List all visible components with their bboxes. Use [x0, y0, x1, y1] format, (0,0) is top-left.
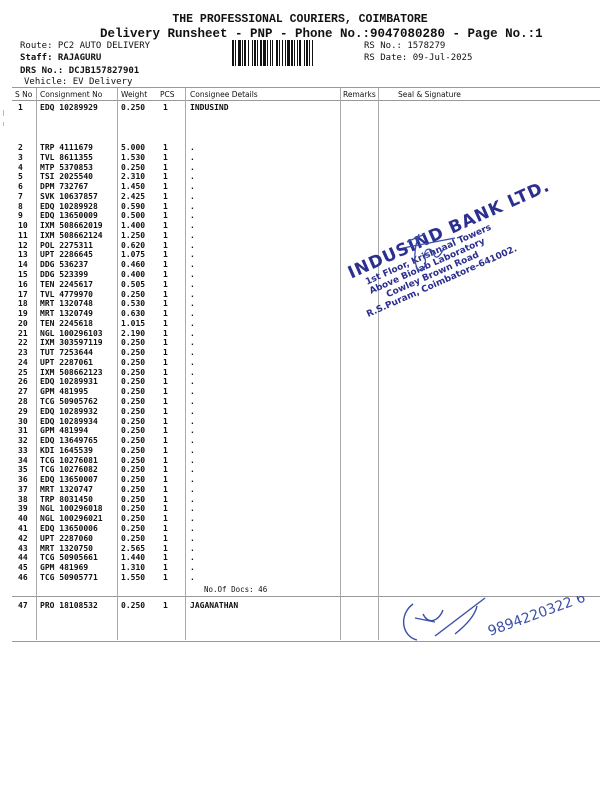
cell-pcs: 1 [163, 338, 168, 347]
cell-pcs: 1 [163, 407, 168, 416]
cell-pcs: 1 [163, 231, 168, 240]
cell-det: INDUSIND [190, 103, 229, 112]
cell-wt: 1.440 [121, 553, 145, 562]
cell-det: . [190, 544, 195, 553]
cell-cons: NGL 100296021 [40, 514, 103, 523]
cell-pcs: 1 [163, 387, 168, 396]
cell-sno: 46 [18, 573, 28, 582]
cell-pcs: 1 [163, 290, 168, 299]
cell-cons: MRT 1320749 [40, 309, 93, 318]
cell-cons: MRT 1320747 [40, 485, 93, 494]
cell-sno: 13 [18, 250, 28, 259]
cell-pcs: 1 [163, 465, 168, 474]
cell-pcs: 1 [163, 309, 168, 318]
cell-wt: 1.550 [121, 573, 145, 582]
cell-wt: 0.250 [121, 456, 145, 465]
cell-pcs: 1 [163, 475, 168, 484]
col-header-sno: S No [15, 90, 32, 99]
cell-det: . [190, 299, 195, 308]
cell-pcs: 1 [163, 192, 168, 201]
cell-wt: 0.250 [121, 348, 145, 357]
cell-pcs: 1 [163, 182, 168, 191]
cell-det: . [190, 407, 195, 416]
cell-wt: 0.250 [121, 290, 145, 299]
cell-wt: 2.310 [121, 172, 145, 181]
cell-cons: TEN 2245618 [40, 319, 93, 328]
cell-pcs: 1 [163, 534, 168, 543]
cell-pcs: 1 [163, 553, 168, 562]
cell-sno: 11 [18, 231, 28, 240]
cell-cons: IXM 508662124 [40, 231, 103, 240]
cell-wt: 0.530 [121, 299, 145, 308]
cell-sno: 45 [18, 563, 28, 572]
cell-det: . [190, 250, 195, 259]
cell-wt: 0.250 [121, 358, 145, 367]
cell-pcs: 1 [163, 436, 168, 445]
cell-pcs: 1 [163, 103, 168, 112]
cell-det: . [190, 153, 195, 162]
cell-wt: 2.190 [121, 329, 145, 338]
cell-pcs: 1 [163, 544, 168, 553]
cell-det: . [190, 348, 195, 357]
cell-pcs: 1 [163, 495, 168, 504]
cell-cons: EDQ 10289928 [40, 202, 98, 211]
cell-pcs: 1 [163, 241, 168, 250]
cell-det: . [190, 329, 195, 338]
cell-sno: 14 [18, 260, 28, 269]
cell-pcs: 1 [163, 211, 168, 220]
cell-sno: 3 [18, 153, 23, 162]
route-label: Route: PC2 AUTO DELIVERY [20, 41, 150, 51]
cell-cons: TVL 8611355 [40, 153, 93, 162]
cell-sno: 19 [18, 309, 28, 318]
cell-cons: PRO 18108532 [40, 601, 98, 610]
cell-cons: GPM 481995 [40, 387, 88, 396]
cell-pcs: 1 [163, 485, 168, 494]
cell-wt: 1.075 [121, 250, 145, 259]
col-header-consignee: Consignee Details [190, 90, 258, 99]
cell-pcs: 1 [163, 358, 168, 367]
cell-sno: 21 [18, 329, 28, 338]
cell-pcs: 1 [163, 456, 168, 465]
signature-icon [395, 228, 465, 278]
cell-sno: 24 [18, 358, 28, 367]
cell-det: . [190, 241, 195, 250]
cell-cons: DDG 523399 [40, 270, 88, 279]
cell-wt: 0.250 [121, 504, 145, 513]
cell-pcs: 1 [163, 299, 168, 308]
cell-sno: 1 [18, 103, 23, 112]
cell-cons: TSI 2025540 [40, 172, 93, 181]
cell-wt: 0.250 [121, 377, 145, 386]
cell-cons: TRP 8031450 [40, 495, 93, 504]
cell-pcs: 1 [163, 514, 168, 523]
cell-cons: GPM 481969 [40, 563, 88, 572]
cell-cons: TCG 10276082 [40, 465, 98, 474]
cell-pcs: 1 [163, 250, 168, 259]
cell-cons: TCG 50905661 [40, 553, 98, 562]
cell-pcs: 1 [163, 163, 168, 172]
table-header-border [12, 100, 600, 101]
cell-cons: MRT 1320750 [40, 544, 93, 553]
cell-wt: 0.250 [121, 163, 145, 172]
cell-sno: 37 [18, 485, 28, 494]
cell-pcs: 1 [163, 270, 168, 279]
cell-wt: 1.250 [121, 231, 145, 240]
cell-pcs: 1 [163, 153, 168, 162]
cell-cons: TCG 10276081 [40, 456, 98, 465]
cell-wt: 0.505 [121, 280, 145, 289]
cell-sno: 30 [18, 417, 28, 426]
cell-sno: 38 [18, 495, 28, 504]
cell-det: . [190, 172, 195, 181]
cell-cons: GPM 481994 [40, 426, 88, 435]
cell-pcs: 1 [163, 377, 168, 386]
cell-sno: 5 [18, 172, 23, 181]
cell-sno: 29 [18, 407, 28, 416]
cell-pcs: 1 [163, 417, 168, 426]
cell-sno: 42 [18, 534, 28, 543]
cell-wt: 1.310 [121, 563, 145, 572]
cell-sno: 36 [18, 475, 28, 484]
table-row: 46TCG 509057711.5501. [0, 573, 600, 584]
cell-det: . [190, 553, 195, 562]
cell-pcs: 1 [163, 504, 168, 513]
cell-det: . [190, 182, 195, 191]
col-header-remarks: Remarks [343, 90, 376, 99]
cell-det: . [190, 417, 195, 426]
cell-wt: 0.250 [121, 338, 145, 347]
cell-sno: 47 [18, 601, 28, 610]
cell-det: . [190, 534, 195, 543]
barcode [232, 40, 362, 66]
cell-cons: EDQ 13649765 [40, 436, 98, 445]
cell-sno: 27 [18, 387, 28, 396]
cell-cons: IXM 303597119 [40, 338, 103, 347]
cell-det: . [190, 338, 195, 347]
cell-pcs: 1 [163, 329, 168, 338]
cell-cons: EDQ 10289931 [40, 377, 98, 386]
cell-cons: EDQ 13650006 [40, 524, 98, 533]
cell-wt: 1.530 [121, 153, 145, 162]
cell-wt: 0.250 [121, 368, 145, 377]
runsheet-subtitle: Delivery Runsheet - PNP - Phone No.:9047… [100, 27, 543, 41]
cell-sno: 26 [18, 377, 28, 386]
staff-label: Staff: RAJAGURU [20, 53, 101, 63]
cell-wt: 0.620 [121, 241, 145, 250]
cell-cons: TCG 50905771 [40, 573, 98, 582]
cell-det: . [190, 563, 195, 572]
cell-pcs: 1 [163, 524, 168, 533]
cell-sno: 10 [18, 221, 28, 230]
cell-pcs: 1 [163, 426, 168, 435]
cell-sno: 43 [18, 544, 28, 553]
cell-sno: 35 [18, 465, 28, 474]
cell-cons: EDQ 10289929 [40, 103, 98, 112]
cell-pcs: 1 [163, 280, 168, 289]
cell-wt: 0.250 [121, 446, 145, 455]
cell-cons: UPT 2286645 [40, 250, 93, 259]
cell-cons: TCG 50905762 [40, 397, 98, 406]
docs-count: No.Of Docs: 46 [204, 585, 267, 594]
table-top-border [12, 87, 600, 88]
cell-sno: 6 [18, 182, 23, 191]
vehicle-label: Vehicle: EV Delivery [24, 77, 132, 87]
cell-sno: 33 [18, 446, 28, 455]
cell-cons: TEN 2245617 [40, 280, 93, 289]
cell-det: . [190, 211, 195, 220]
cell-cons: EDQ 10289932 [40, 407, 98, 416]
cell-wt: 0.400 [121, 270, 145, 279]
cell-pcs: 1 [163, 368, 168, 377]
drs-no-label: DRS No.: DCJB157827901 [20, 66, 139, 76]
cell-sno: 18 [18, 299, 28, 308]
cell-cons: SVK 10637857 [40, 192, 98, 201]
cell-pcs: 1 [163, 143, 168, 152]
cell-cons: MRT 1320748 [40, 299, 93, 308]
cell-sno: 15 [18, 270, 28, 279]
cell-det: . [190, 231, 195, 240]
cell-sno: 23 [18, 348, 28, 357]
cell-wt: 2.565 [121, 544, 145, 553]
cell-wt: 2.425 [121, 192, 145, 201]
cell-wt: 0.630 [121, 309, 145, 318]
cell-det: . [190, 202, 195, 211]
cell-pcs: 1 [163, 601, 168, 610]
cell-sno: 4 [18, 163, 23, 172]
cell-pcs: 1 [163, 446, 168, 455]
cell-wt: 0.250 [121, 407, 145, 416]
cell-cons: NGL 100296103 [40, 329, 103, 338]
cell-sno: 41 [18, 524, 28, 533]
cell-sno: 9 [18, 211, 23, 220]
cell-det: . [190, 192, 195, 201]
cell-det: . [190, 377, 195, 386]
cell-cons: NGL 100296018 [40, 504, 103, 513]
cell-sno: 17 [18, 290, 28, 299]
cell-wt: 0.250 [121, 475, 145, 484]
cell-det: . [190, 387, 195, 396]
cell-det: . [190, 358, 195, 367]
cell-wt: 5.000 [121, 143, 145, 152]
rs-no-label: RS No.: 1578279 [364, 41, 445, 51]
cell-wt: 1.400 [121, 221, 145, 230]
cell-sno: 12 [18, 241, 28, 250]
cell-wt: 0.500 [121, 211, 145, 220]
cell-det: . [190, 514, 195, 523]
cell-wt: 0.250 [121, 485, 145, 494]
signature-note: 9894220322 6 [486, 596, 588, 640]
cell-sno: 7 [18, 192, 23, 201]
cell-cons: UPT 2287060 [40, 534, 93, 543]
cell-wt: 0.590 [121, 202, 145, 211]
cell-cons: DPM 732767 [40, 182, 88, 191]
cell-sno: 32 [18, 436, 28, 445]
cell-det: . [190, 260, 195, 269]
cell-det: . [190, 309, 195, 318]
cell-det: . [190, 290, 195, 299]
cell-pcs: 1 [163, 397, 168, 406]
cell-wt: 0.250 [121, 387, 145, 396]
cell-pcs: 1 [163, 319, 168, 328]
cell-sno: 34 [18, 456, 28, 465]
cell-pcs: 1 [163, 573, 168, 582]
company-title: THE PROFESSIONAL COURIERS, COIMBATORE [0, 13, 600, 26]
cell-sno: 40 [18, 514, 28, 523]
cell-sno: 44 [18, 553, 28, 562]
cell-wt: 0.250 [121, 524, 145, 533]
cell-det: . [190, 426, 195, 435]
cell-sno: 22 [18, 338, 28, 347]
cell-wt: 0.250 [121, 436, 145, 445]
cell-wt: 1.015 [121, 319, 145, 328]
col-header-pcs: PCS [160, 90, 175, 99]
cell-det: . [190, 280, 195, 289]
cell-pcs: 1 [163, 221, 168, 230]
col-header-seal-signature: Seal & Signature [398, 90, 461, 99]
cell-det: . [190, 368, 195, 377]
cell-wt: 0.250 [121, 601, 145, 610]
cell-det: . [190, 446, 195, 455]
margin-mark [3, 122, 4, 126]
cell-det: . [190, 524, 195, 533]
cell-sno: 8 [18, 202, 23, 211]
col-header-weight: Weight [121, 90, 147, 99]
cell-cons: KDI 1645539 [40, 446, 93, 455]
cell-cons: POL 2275311 [40, 241, 93, 250]
cell-cons: IXM 508662019 [40, 221, 103, 230]
signature-icon: 9894220322 6 [395, 596, 600, 656]
cell-wt: 0.250 [121, 534, 145, 543]
cell-det: . [190, 163, 195, 172]
cell-cons: TVL 4779970 [40, 290, 93, 299]
cell-sno: 2 [18, 143, 23, 152]
cell-cons: TUT 7253644 [40, 348, 93, 357]
cell-pcs: 1 [163, 260, 168, 269]
cell-sno: 16 [18, 280, 28, 289]
cell-wt: 0.250 [121, 417, 145, 426]
col-header-consignment: Consignment No [40, 90, 102, 99]
cell-det: . [190, 495, 195, 504]
cell-sno: 39 [18, 504, 28, 513]
cell-wt: 1.450 [121, 182, 145, 191]
cell-cons: UPT 2287061 [40, 358, 93, 367]
cell-cons: IXM 508662123 [40, 368, 103, 377]
cell-wt: 0.250 [121, 397, 145, 406]
cell-pcs: 1 [163, 172, 168, 181]
cell-pcs: 1 [163, 348, 168, 357]
cell-det: . [190, 456, 195, 465]
cell-wt: 0.250 [121, 495, 145, 504]
cell-det: . [190, 475, 195, 484]
cell-wt: 0.250 [121, 426, 145, 435]
cell-det: . [190, 270, 195, 279]
cell-wt: 0.250 [121, 514, 145, 523]
cell-det: . [190, 485, 195, 494]
cell-det: . [190, 436, 195, 445]
rs-date-label: RS Date: 09-Jul-2025 [364, 53, 472, 63]
cell-det: . [190, 397, 195, 406]
cell-sno: 25 [18, 368, 28, 377]
cell-cons: EDQ 13650009 [40, 211, 98, 220]
cell-det: . [190, 465, 195, 474]
cell-cons: TRP 4111679 [40, 143, 93, 152]
cell-cons: EDQ 13650007 [40, 475, 98, 484]
cell-det: . [190, 573, 195, 582]
cell-cons: MTP 5370853 [40, 163, 93, 172]
cell-wt: 0.250 [121, 103, 145, 112]
cell-det: JAGANATHAN [190, 601, 238, 610]
cell-det: . [190, 143, 195, 152]
cell-sno: 28 [18, 397, 28, 406]
cell-wt: 0.250 [121, 465, 145, 474]
cell-det: . [190, 319, 195, 328]
cell-sno: 20 [18, 319, 28, 328]
cell-sno: 31 [18, 426, 28, 435]
table-row: 1EDQ 102899290.2501INDUSIND [0, 103, 600, 114]
cell-det: . [190, 504, 195, 513]
cell-pcs: 1 [163, 202, 168, 211]
cell-det: . [190, 221, 195, 230]
cell-pcs: 1 [163, 563, 168, 572]
cell-cons: DDG 536237 [40, 260, 88, 269]
cell-wt: 0.460 [121, 260, 145, 269]
cell-cons: EDQ 10289934 [40, 417, 98, 426]
